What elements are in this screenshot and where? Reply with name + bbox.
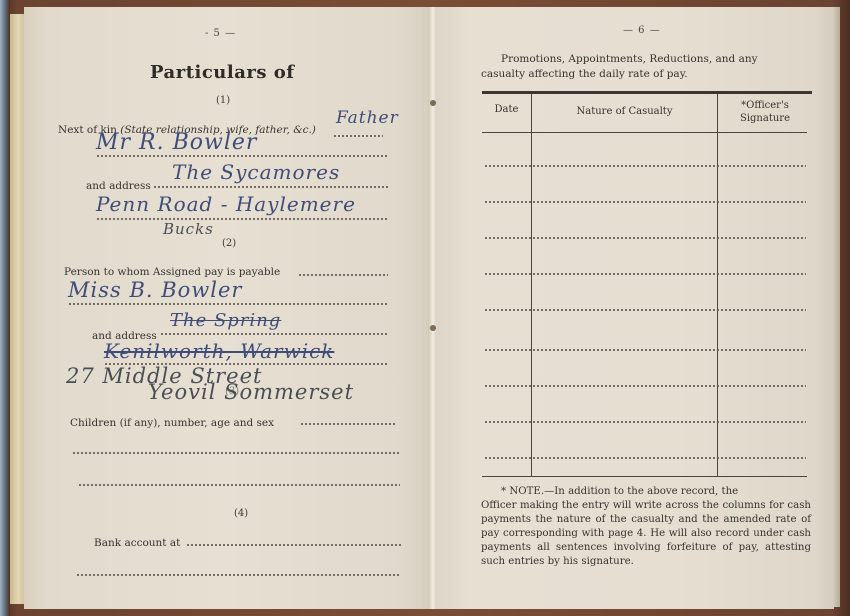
column-header-nature: Nature of Casualty	[532, 105, 717, 118]
table-row	[484, 349, 806, 351]
kin-address-3-handwritten: Bucks	[163, 220, 214, 238]
kin-name-handwritten: Mr R. Bowler	[96, 130, 257, 155]
payee-address-2-struck: Kenilworth, Warwick	[104, 339, 334, 363]
column-divider-2	[717, 94, 718, 477]
kin-address-2-handwritten: Penn Road - Haylemere	[96, 192, 356, 216]
payee-address-1-struck: The Spring	[170, 310, 281, 331]
kin-address-line-1	[153, 186, 389, 188]
casualty-intro: Promotions, Appointments, Reductions, an…	[481, 52, 811, 82]
table-row	[484, 385, 806, 387]
page-title: Particulars of	[150, 62, 295, 83]
table-row	[484, 165, 806, 167]
table-row	[484, 201, 806, 203]
note-body: Officer making the entry will write acro…	[481, 500, 811, 567]
payee-name-field-line	[68, 303, 388, 305]
bank-account-field-line-2	[76, 574, 401, 576]
section-number-3: (3)	[225, 386, 239, 397]
column-header-date: Date	[482, 103, 531, 116]
intro-line-2: casualty affecting the daily rate of pay…	[481, 68, 688, 80]
payee-address-4-handwritten: Yeovil Sommerset	[148, 380, 354, 404]
kin-name-field-line	[96, 155, 388, 157]
kin-address-1-handwritten: The Sycamores	[172, 160, 340, 184]
table-row	[484, 421, 806, 423]
children-label: Children (if any), number, age and sex	[70, 417, 274, 429]
column-header-officer-signature: *Officer's Signature	[718, 99, 812, 125]
column-divider-1	[531, 94, 532, 477]
cover-edge	[0, 0, 10, 616]
children-field-line-1	[72, 452, 400, 454]
assigned-pay-label: Person to whom Assigned pay is payable	[64, 266, 280, 278]
officer-note: * NOTE.—In addition to the above record,…	[481, 485, 811, 569]
section-number-2: (2)	[222, 238, 236, 249]
officer-header-line-2: Signature	[718, 112, 812, 125]
note-line-1: * NOTE.—In addition to the above record,…	[481, 485, 811, 499]
assigned-pay-field-line	[298, 274, 388, 276]
relationship-handwritten: Father	[336, 108, 399, 128]
kin-address-label: and address	[86, 180, 151, 192]
table-row	[484, 457, 806, 459]
intro-line-1: Promotions, Appointments, Reductions, an…	[481, 52, 811, 67]
children-field-line-0	[300, 423, 395, 425]
payee-address-line-1	[160, 333, 388, 335]
section-number-4: (4)	[234, 508, 248, 519]
officer-header-line-1: *Officer's	[718, 99, 812, 112]
relationship-field-line	[333, 135, 383, 137]
table-row	[484, 273, 806, 275]
casualty-table: Date Nature of Casualty *Officer's Signa…	[482, 91, 812, 478]
table-row	[484, 309, 806, 311]
page-edge	[834, 7, 840, 607]
kin-address-line-2	[96, 218, 388, 220]
page-number-right: — 6 —	[623, 25, 661, 36]
payee-name-handwritten: Miss B. Bowler	[68, 278, 242, 302]
children-field-line-2	[78, 484, 400, 486]
bank-account-label: Bank account at	[94, 537, 180, 549]
table-bottom-rule	[482, 476, 807, 477]
bank-account-field-line	[186, 544, 401, 546]
page-number-left: - 5 —	[205, 28, 236, 39]
section-number-1: (1)	[216, 95, 230, 106]
table-row	[484, 237, 806, 239]
